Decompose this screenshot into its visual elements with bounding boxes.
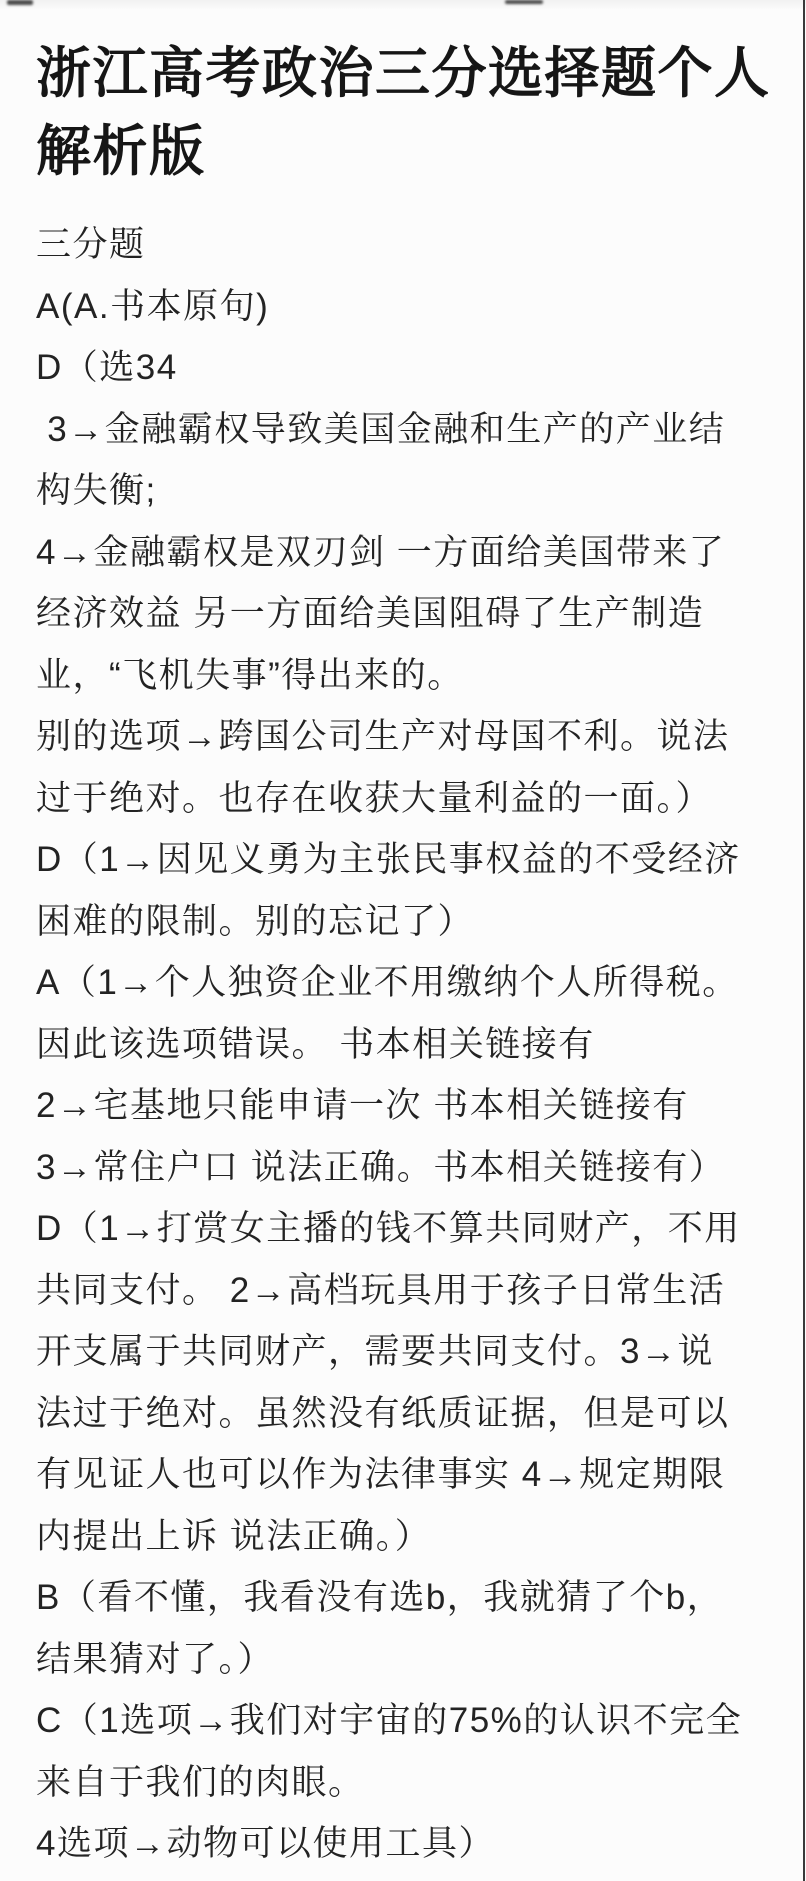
page-title: 浙江高考政治三分选择题个人解析版 [36, 0, 776, 190]
text-line: 业，“飞机失事”得出来的。 [36, 645, 780, 707]
text-line: 3→金融霸权导致美国金融和生产的产业结 [36, 399, 780, 461]
text-line: 2→宅基地只能申请一次 书本相关链接有 [36, 1075, 780, 1137]
text-line: A(A.书本原句) [36, 276, 780, 338]
text-line: 3→常住户口 说法正确。书本相关链接有） [36, 1137, 780, 1199]
text-line: 三分题 [36, 214, 780, 276]
text-line: 法过于绝对。虽然没有纸质证据，但是可以 [36, 1383, 780, 1445]
text-line: 有见证人也可以作为法律事实 4→规定期限 [36, 1444, 780, 1506]
cropped-text-remnant-left [7, 0, 33, 5]
document-page: 浙江高考政治三分选择题个人解析版 三分题 A(A.书本原句) D（选34 3→金… [0, 0, 806, 1881]
text-line: 别的选项→跨国公司生产对母国不利。说法 [36, 706, 780, 768]
body-text-block: 三分题 A(A.书本原句) D（选34 3→金融霸权导致美国金融和生产的产业结 … [36, 214, 780, 1875]
text-line: 结果猜对了。） [36, 1629, 780, 1691]
text-line: D（1→因见义勇为主张民事权益的不受经济 [36, 829, 780, 891]
text-line: 来自于我们的肉眼。 [36, 1752, 780, 1814]
document-content: 浙江高考政治三分选择题个人解析版 三分题 A(A.书本原句) D（选34 3→金… [36, 0, 780, 1875]
text-line: D（选34 [36, 337, 780, 399]
text-line: 经济效益 另一方面给美国阻碍了生产制造 [36, 583, 780, 645]
text-line: 共同支付。 2→高档玩具用于孩子日常生活 [36, 1260, 780, 1322]
text-line: 困难的限制。别的忘记了） [36, 891, 780, 953]
text-line: 因此该选项错误。 书本相关链接有 [36, 1014, 780, 1076]
text-line: 4选项→动物可以使用工具） [36, 1813, 780, 1875]
text-line: B（看不懂，我看没有选b，我就猜了个b， [36, 1567, 780, 1629]
text-line: 构失衡; [36, 460, 780, 522]
text-line: 内提出上诉 说法正确。） [36, 1506, 780, 1568]
text-line: 开支属于共同财产，需要共同支付。3→说 [36, 1321, 780, 1383]
text-line: 过于绝对。也存在收获大量利益的一面。） [36, 768, 780, 830]
text-line: 4→金融霸权是双刃剑 一方面给美国带来了 [36, 522, 780, 584]
right-edge-border [803, 0, 805, 1881]
text-line: C（1选项→我们对宇宙的75%的认识不完全 [36, 1690, 780, 1752]
text-line: A（1→个人独资企业不用缴纳个人所得税。 [36, 952, 780, 1014]
text-line: D（1→打赏女主播的钱不算共同财产，不用 [36, 1198, 780, 1260]
